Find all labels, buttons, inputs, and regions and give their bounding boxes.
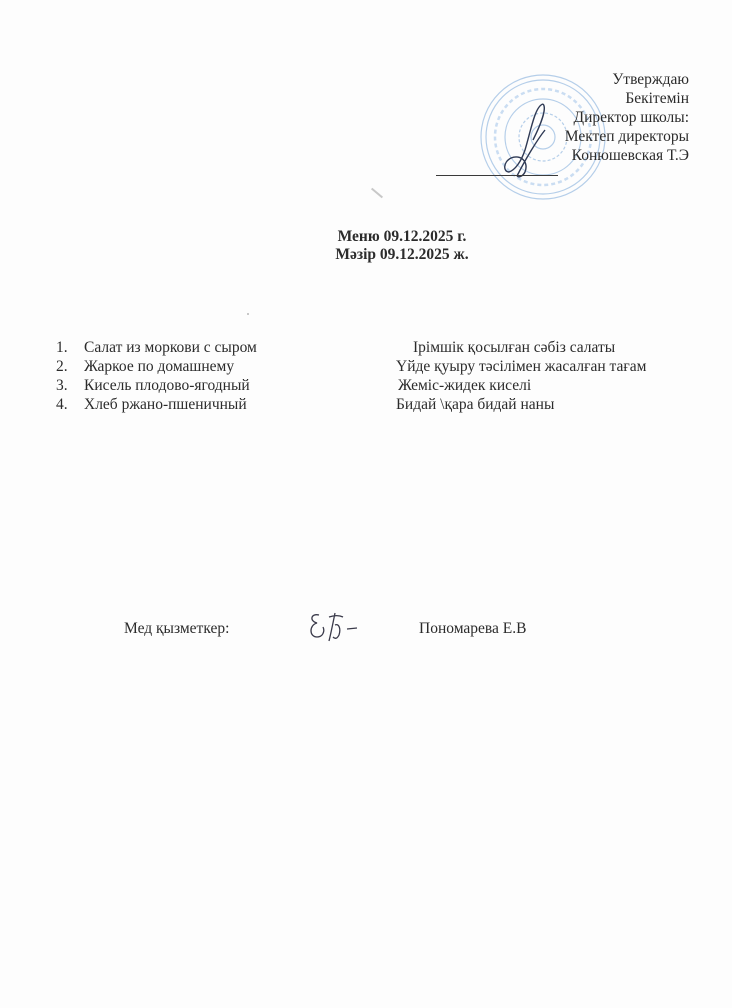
menu-item-number: 1. bbox=[56, 338, 68, 357]
medical-staff-label: Мед қызметкер: bbox=[124, 620, 229, 638]
approval-block: Утверждаю Бекітемін Директор школы: Мект… bbox=[565, 70, 689, 165]
medical-staff-name: Пономарева Е.В bbox=[419, 620, 526, 638]
menu-title-ru: Меню 09.12.2025 г. bbox=[36, 228, 732, 246]
approval-line-director-name: Конюшевская Т.Э bbox=[565, 146, 689, 165]
menu-item: 4. Хлеб ржано-пшеничный Бидай \қара бида… bbox=[56, 395, 696, 414]
menu-item: 2. Жаркое по домашнему Үйде қуыру тәсілі… bbox=[56, 357, 696, 376]
menu-item-ru: Кисель плодово-ягодный bbox=[84, 376, 250, 395]
scan-artifact bbox=[371, 188, 383, 199]
menu-item-kz: Үйде қуыру тәсілімен жасалған тағам bbox=[396, 357, 646, 376]
menu-item-ru: Хлеб ржано-пшеничный bbox=[84, 395, 247, 414]
medical-staff-signature-icon bbox=[305, 605, 365, 645]
document-page: Утверждаю Бекітемін Директор школы: Мект… bbox=[0, 0, 732, 1008]
menu-item-number: 4. bbox=[56, 395, 68, 414]
menu-item-kz: Ірімшік қосылған сәбіз салаты bbox=[413, 338, 615, 357]
menu-item-kz: Бидай \қара бидай наны bbox=[396, 395, 554, 414]
menu-item-number: 3. bbox=[56, 376, 68, 395]
approval-line-approve-ru: Утверждаю bbox=[565, 70, 689, 89]
menu-item-number: 2. bbox=[56, 357, 68, 376]
approval-line-director-ru: Директор школы: bbox=[565, 108, 689, 127]
scan-artifact bbox=[247, 313, 249, 315]
menu-title-kz: Мәзір 09.12.2025 ж. bbox=[36, 246, 732, 264]
menu-item-ru: Жаркое по домашнему bbox=[84, 357, 234, 376]
menu-item: 3. Кисель плодово-ягодный Жеміс-жидек ки… bbox=[56, 376, 696, 395]
director-signature-icon bbox=[495, 100, 565, 180]
menu-item-ru: Салат из моркови с сыром bbox=[84, 338, 257, 357]
menu-item: 1. Салат из моркови с сыром Ірімшік қосы… bbox=[56, 338, 696, 357]
approval-line-approve-kz: Бекітемін bbox=[565, 89, 689, 108]
menu-list: 1. Салат из моркови с сыром Ірімшік қосы… bbox=[56, 338, 696, 414]
menu-item-kz: Жеміс-жидек киселі bbox=[398, 376, 531, 395]
approval-line-director-kz: Мектеп директоры bbox=[565, 127, 689, 146]
director-signature-line bbox=[436, 175, 558, 176]
